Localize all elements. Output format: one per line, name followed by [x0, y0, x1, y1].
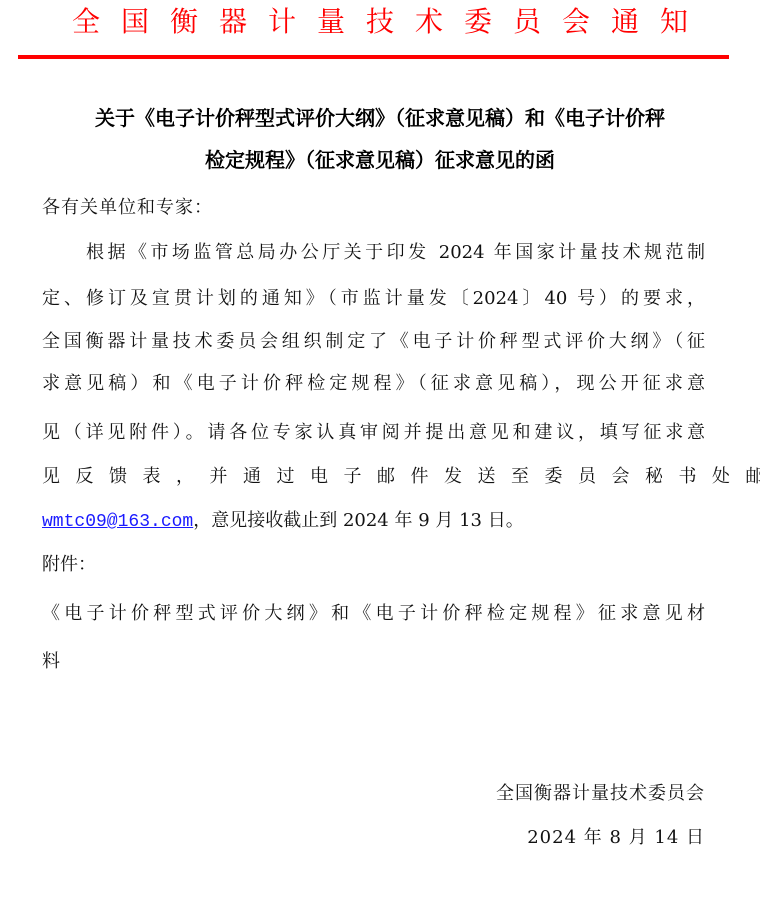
body-line-7: wmtc09@163.com，意见接收截止到 2024 年 9 月 13 日。 — [42, 509, 705, 534]
body-line-4: 求意见稿）和《电子计价秤检定规程》（征求意见稿），现公开征求意 — [42, 372, 705, 396]
letter-title-line-2: 检定规程》（征求意见稿）征求意见的函 — [30, 147, 730, 173]
body-line-3: 全国衡器计量技术委员会组织制定了《电子计价秤型式评价大纲》（征 — [42, 330, 705, 354]
attachment-item-line-2: 料 — [42, 650, 705, 674]
red-divider — [18, 55, 729, 59]
body-line-1: 根据《市场监管总局办公厅关于印发 2024 年国家计量技术规范制 — [86, 241, 705, 265]
signature-date: 2024 年 8 月 14 日 — [527, 826, 705, 850]
deadline-text: ，意见接收截止到 2024 年 9 月 13 日。 — [193, 510, 524, 531]
body-line-6: 见反馈表，并通过电子邮件发送至委员会秘书处邮箱 — [42, 465, 705, 489]
letter-title-line-1: 关于《电子计价秤型式评价大纲》（征求意见稿）和《电子计价秤 — [30, 105, 730, 131]
email-link[interactable]: wmtc09@163.com — [42, 512, 193, 532]
attachment-item-line-1: 《电子计价秤型式评价大纲》和《电子计价秤检定规程》征求意见材 — [42, 602, 705, 626]
salutation: 各有关单位和专家： — [42, 196, 705, 220]
signature-org: 全国衡器计量技术委员会 — [496, 782, 705, 806]
body-line-5: 见（详见附件）。请各位专家认真审阅并提出意见和建议，填写征求意 — [42, 421, 705, 445]
masthead-title: 全国衡器计量技术委员会通知 — [0, 4, 760, 40]
body-line-2: 定、修订及宣贯计划的通知》（市监计量发〔2024〕40 号）的要求， — [42, 287, 705, 311]
attachment-label: 附件： — [42, 553, 705, 577]
